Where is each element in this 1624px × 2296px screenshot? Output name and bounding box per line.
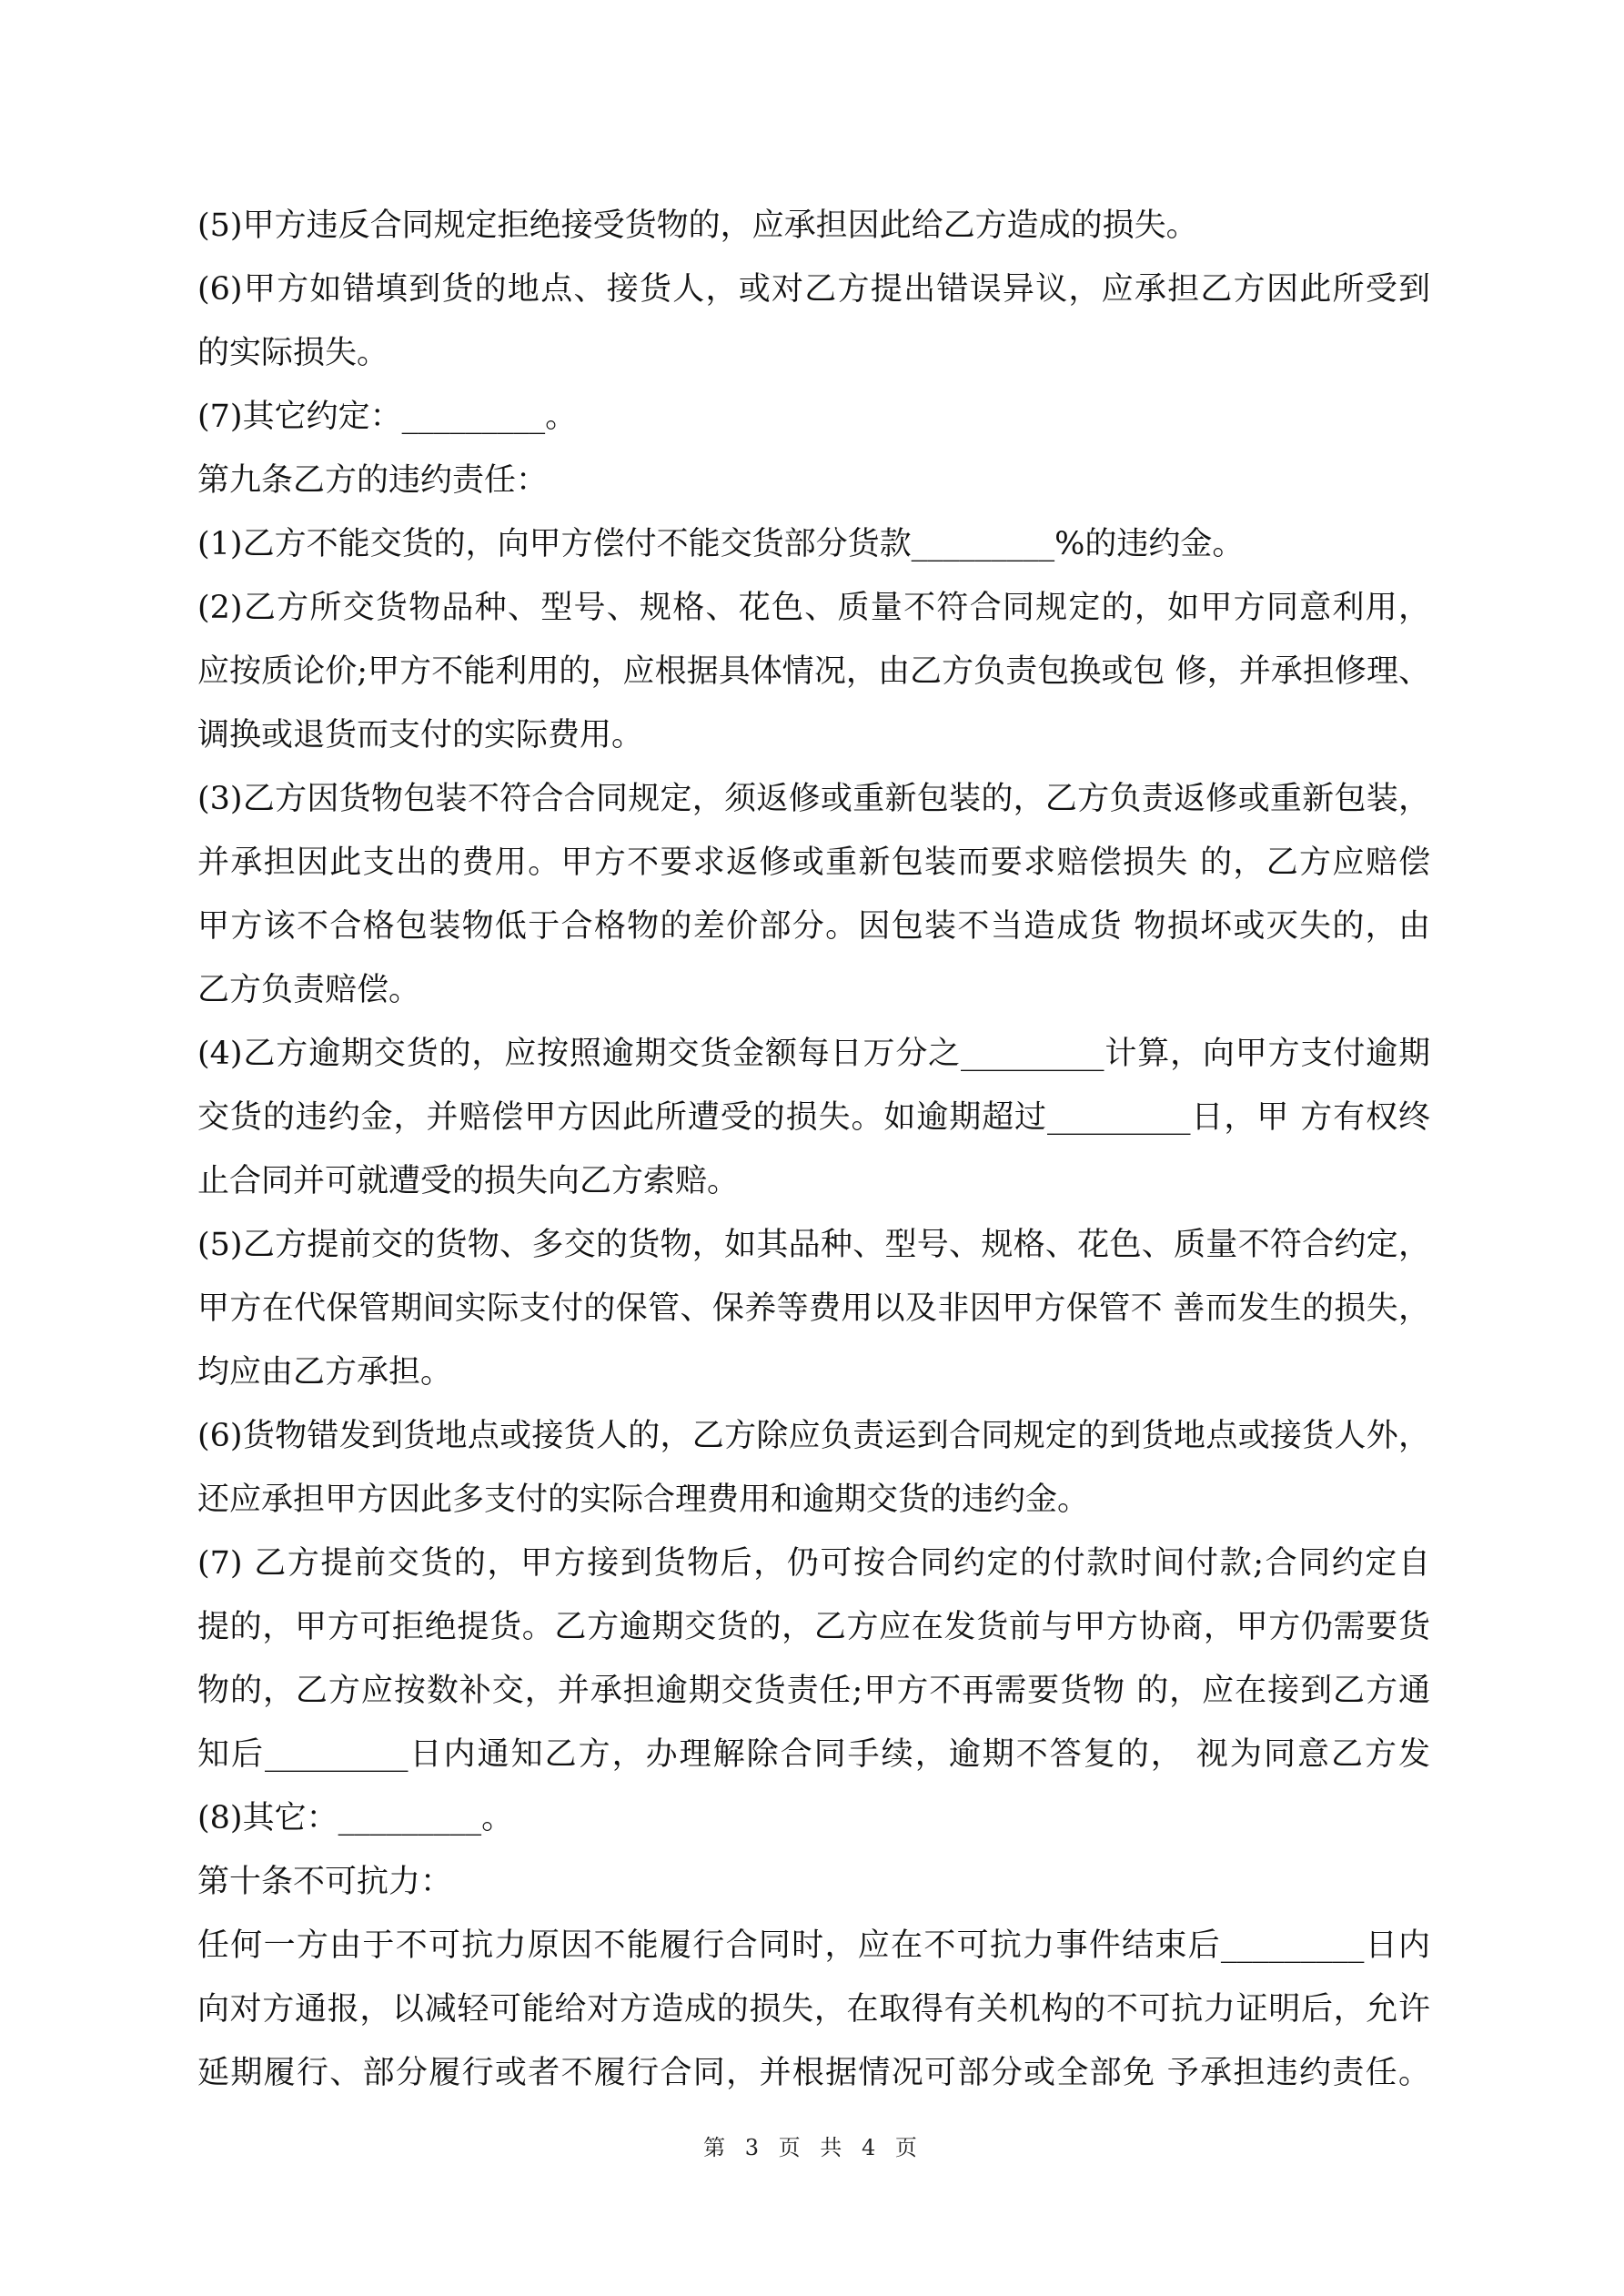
clause-line: (6)货物错发到货地点或接货人的，乙方除应负责运到合同规定的到货地点或接货人外， (197, 1404, 1430, 1468)
clause-line: 延期履行、部分履行或者不履行合同，并根据情况可部分或全部免 予承担违约责任。 (197, 2041, 1430, 2105)
clause-line: 提的，甲方可拒绝提货。乙方逾期交货的，乙方应在发货前与甲方协商，甲方仍需要货 (197, 1595, 1430, 1659)
clause-line: (8)其它：_________。 (197, 1786, 1430, 1850)
clause-line: 止合同并可就遭受的损失向乙方索赔。 (197, 1149, 1430, 1213)
clause-line: 甲方该不合格包装物低于合格物的差价部分。因包装不当造成货 物损坏或灭失的，由 (197, 895, 1430, 958)
contract-body: (5)甲方违反合同规定拒绝接受货物的，应承担因此给乙方造成的损失。 (6)甲方如… (197, 194, 1430, 2105)
clause-line: 物的，乙方应按数补交，并承担逾期交货责任;甲方不再需要货物 的，应在接到乙方通 (197, 1659, 1430, 1723)
clause-line: 调换或退货而支付的实际费用。 (197, 703, 1430, 767)
clause-line: 的实际损失。 (197, 321, 1430, 385)
clause-line: 知后_________日内通知乙方，办理解除合同手续，逾期不答复的， 视为同意乙… (197, 1723, 1430, 1786)
clause-line: (7) 乙方提前交货的，甲方接到货物后，仍可按合同约定的付款时间付款;合同约定自 (197, 1532, 1430, 1595)
clause-line: (4)乙方逾期交货的，应按照逾期交货金额每日万分之_________计算，向甲方… (197, 1022, 1430, 1086)
page-number-footer: 第 3 页 共 4 页 (0, 2129, 1624, 2161)
clause-line: (1)乙方不能交货的，向甲方偿付不能交货部分货款_________%的违约金。 (197, 512, 1430, 576)
clause-line: (5)甲方违反合同规定拒绝接受货物的，应承担因此给乙方造成的损失。 (197, 194, 1430, 258)
clause-line: 并承担因此支出的费用。甲方不要求返修或重新包装而要求赔偿损失 的，乙方应赔偿 (197, 831, 1430, 895)
clause-line: 均应由乙方承担。 (197, 1340, 1430, 1404)
clause-line: 还应承担甲方因此多支付的实际合理费用和逾期交货的违约金。 (197, 1468, 1430, 1532)
clause-line: (5)乙方提前交的货物、多交的货物，如其品种、型号、规格、花色、质量不符合约定， (197, 1213, 1430, 1277)
clause-line: (2)乙方所交货物品种、型号、规格、花色、质量不符合同规定的，如甲方同意利用， (197, 576, 1430, 640)
document-page: (5)甲方违反合同规定拒绝接受货物的，应承担因此给乙方造成的损失。 (6)甲方如… (0, 0, 1624, 2296)
clause-line: 任何一方由于不可抗力原因不能履行合同时，应在不可抗力事件结束后_________… (197, 1914, 1430, 1977)
clause-line: (7)其它约定：_________。 (197, 385, 1430, 449)
clause-line: (6)甲方如错填到货的地点、接货人，或对乙方提出错误异议，应承担乙方因此所受到 (197, 258, 1430, 321)
article-heading: 第十条不可抗力： (197, 1850, 1430, 1914)
clause-line: 交货的违约金，并赔偿甲方因此所遭受的损失。如逾期超过_________日，甲 方… (197, 1086, 1430, 1149)
clause-line: 应按质论价;甲方不能利用的，应根据具体情况，由乙方负责包换或包 修，并承担修理、 (197, 640, 1430, 703)
clause-line: 向对方通报，以减轻可能给对方造成的损失，在取得有关机构的不可抗力证明后，允许 (197, 1977, 1430, 2041)
clause-line: 甲方在代保管期间实际支付的保管、保养等费用以及非因甲方保管不 善而发生的损失， (197, 1277, 1430, 1340)
clause-line: 乙方负责赔偿。 (197, 958, 1430, 1022)
clause-line: (3)乙方因货物包装不符合合同规定，须返修或重新包装的，乙方负责返修或重新包装， (197, 767, 1430, 831)
article-heading: 第九条乙方的违约责任： (197, 449, 1430, 512)
